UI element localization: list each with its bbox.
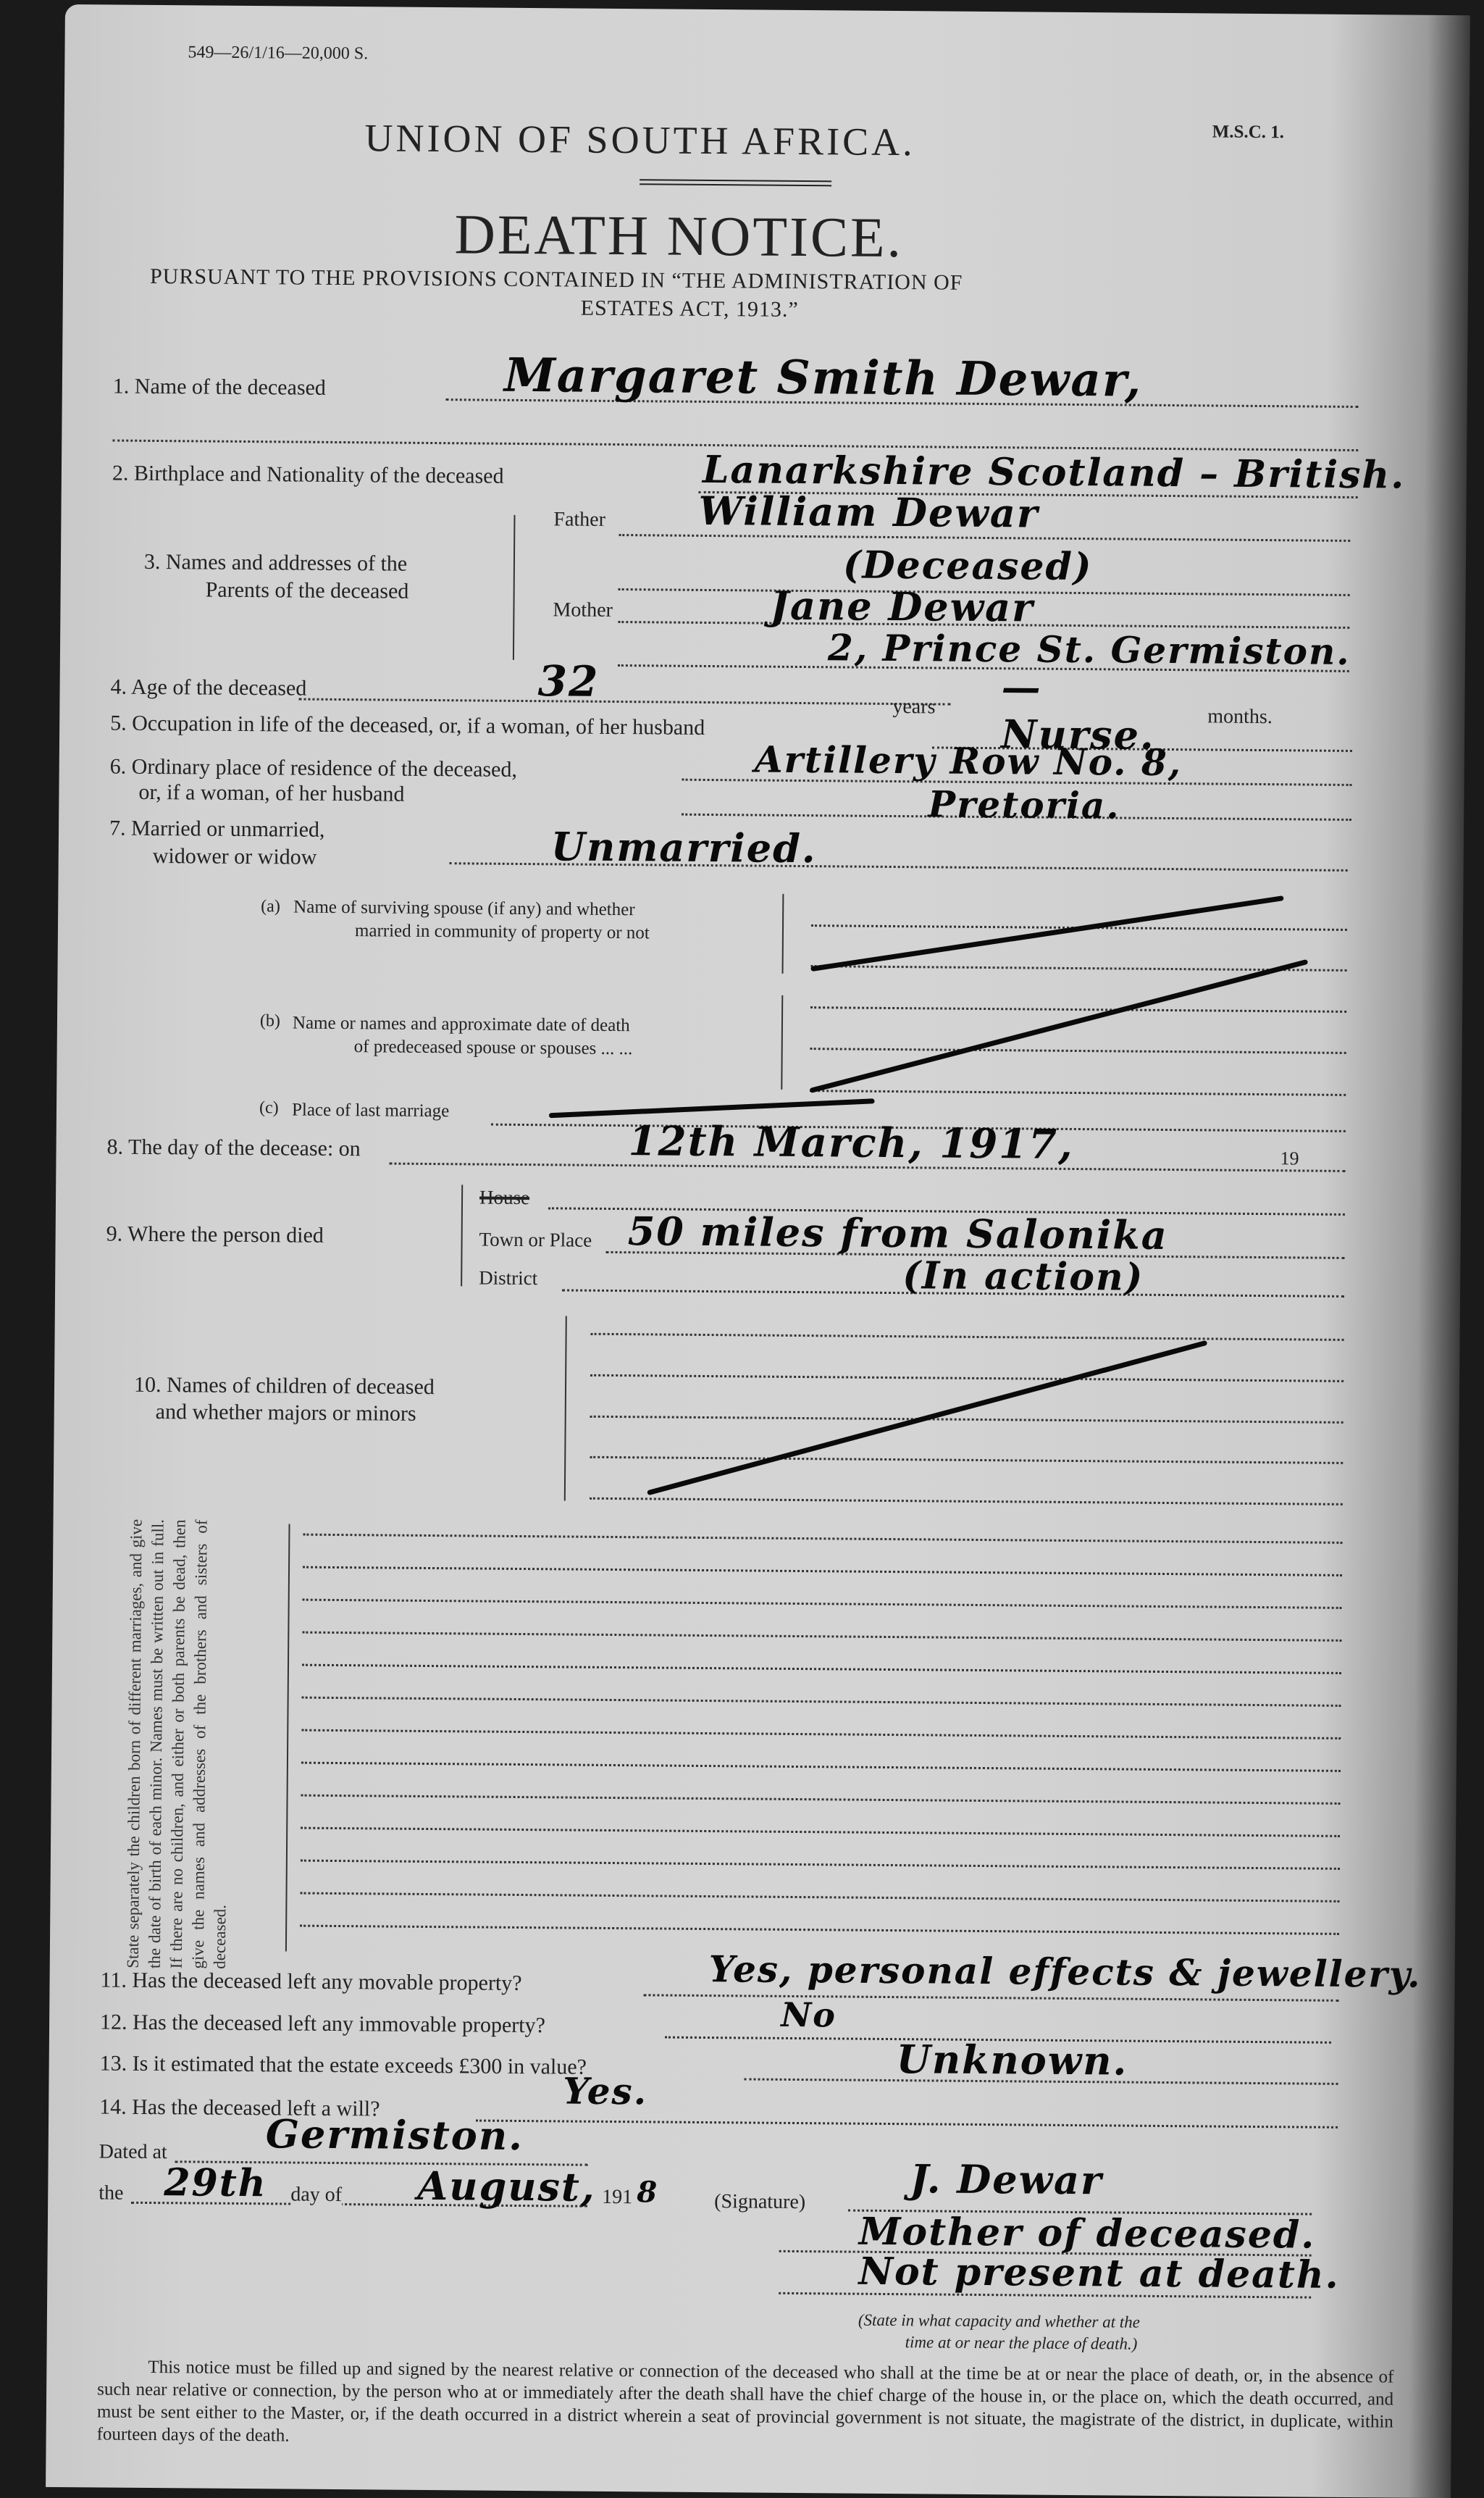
occupation-label: 5. Occupation in life of the deceased, o… [110,711,705,740]
dated-at-value[interactable]: Germiston. [266,2110,524,2159]
mother-value[interactable]: Jane Dewar [770,582,1034,631]
spouse-b-label-2: of predeceased spouse or spouses ... ... [354,1037,633,1059]
age-years-value[interactable]: 32 [537,656,599,706]
months-label: months. [1207,705,1273,729]
age-label: 4. Age of the deceased [110,675,306,701]
spouse-b-brace [781,995,783,1090]
marital-label-1: 7. Married or unmarried, [109,816,325,843]
extra-dotted-line [301,1827,1340,1837]
extra-dotted-line [301,1892,1340,1902]
spouse-a-strikeout [810,895,1284,972]
extra-dotted-lines [65,4,1470,15]
capacity-line-2[interactable]: Not present at death. [858,2250,1340,2297]
capacity-note-2: time at or near the place of death.) [905,2333,1138,2354]
district-value[interactable]: (In action) [902,1253,1144,1300]
marital-label-2: widower or widow [153,844,317,870]
age-dotted-line [298,698,950,706]
mother-label: Mother [553,598,613,622]
extra-dotted-line [302,1697,1341,1707]
extra-dotted-line [303,1534,1342,1544]
children-label-2: and whether majors or minors [156,1400,416,1426]
spouse-b-dotted-line-3 [810,1090,1346,1096]
spouse-b-dotted-line-1 [810,1006,1346,1013]
movable-label: 11. Has the deceased left any movable pr… [100,1968,521,1996]
years-label: years [892,695,935,719]
year-value[interactable]: 8 [637,2175,658,2209]
spouse-b-dotted-line-2 [810,1048,1346,1054]
district-label: District [479,1267,537,1290]
country-heading: UNION OF SOUTH AFRICA. [364,115,915,164]
footnote: This notice must be filled up and signed… [97,2355,1394,2455]
immovable-value[interactable]: No [781,1995,837,2035]
side-brace [285,1524,290,1951]
form-code: M.S.C. 1. [1212,122,1285,143]
parents-brace [513,515,516,660]
day-of-label: day of [290,2184,342,2207]
signature-value[interactable]: J. Dewar [910,2155,1103,2203]
extra-dotted-line [300,1925,1339,1935]
will-value[interactable]: Yes. [563,2069,647,2113]
residence-value-2[interactable]: Pretoria. [928,782,1120,827]
children-dotted-line-3 [590,1416,1343,1424]
title-rule [640,179,831,186]
children-brace [564,1316,567,1500]
spouse-b-label-1: Name or names and approximate date of de… [293,1014,630,1037]
children-dotted-line-5 [590,1497,1343,1505]
spouse-a-label-2: married in community of property or not [355,921,650,943]
parents-label-2: Parents of the deceased [206,578,409,604]
children-label-1: 10. Names of children of deceased [134,1373,435,1400]
spouse-c-marker: (c) [259,1098,279,1118]
year-prefix: 191 [602,2186,632,2209]
birthplace-label: 2. Birthplace and Nationality of the dec… [112,461,504,489]
residence-label-1: 6. Ordinary place of residence of the de… [110,755,517,782]
children-dotted-line-2 [590,1374,1343,1382]
date-of-death-label: 8. The day of the decease: on [106,1135,360,1162]
dated-at-label: Dated at [99,2140,167,2164]
page-title: DEATH NOTICE. [454,201,903,270]
spouse-a-label-1: Name of surviving spouse (if any) and wh… [293,898,635,921]
spouse-c-label: Place of last marriage [292,1100,449,1122]
the-label: the [98,2181,123,2205]
print-code: 549—26/1/16—20,000 S. [188,43,368,64]
extra-dotted-line [302,1664,1341,1674]
age-months-value[interactable]: — [1001,664,1042,710]
parents-label-1: 3. Names and addresses of the [144,550,407,577]
place-of-death-label: 9. Where the person died [106,1221,324,1248]
residence-value-1[interactable]: Artillery Row No. 8, [755,738,1183,785]
spouse-b-marker: (b) [260,1011,280,1031]
date-of-death-value[interactable]: 12th March, 1917, [628,1117,1073,1169]
town-value[interactable]: 50 miles from Salonika [627,1208,1168,1258]
extra-dotted-line [301,1860,1340,1870]
name-value[interactable]: Margaret Smith Dewar, [504,348,1143,408]
extra-dotted-line [302,1632,1341,1642]
spouse-b-strikeout [809,959,1308,1093]
subtitle-line-2: ESTATES ACT, 1913.” [581,296,799,322]
date-of-death-year-prefix: 19 [1280,1148,1299,1169]
signature-label: (Signature) [714,2190,805,2214]
spouse-a-brace [782,894,784,974]
spouse-c-strikeout [549,1098,875,1118]
side-instruction: State separately the children born of di… [122,1519,235,1969]
month-value[interactable]: August, [417,2163,596,2210]
father-note[interactable]: (Deceased) [843,543,1093,589]
place-of-death-brace [461,1185,463,1286]
house-label: House [479,1187,529,1210]
death-notice-form: 549—26/1/16—20,000 S. M.S.C. 1. UNION OF… [46,4,1470,2487]
residence-label-2: or, if a woman, of her husband [138,780,404,807]
extra-dotted-line [301,1795,1341,1805]
town-label: Town or Place [479,1229,592,1252]
movable-dotted-line [643,1994,1338,2002]
will-dotted-line [476,2120,1338,2129]
capacity-note-1: (State in what capacity and whether at t… [858,2311,1140,2332]
extra-dotted-line [303,1566,1342,1576]
children-dotted-line-4 [590,1456,1343,1464]
marital-value[interactable]: Unmarried. [551,823,817,872]
children-dotted-line-1 [591,1333,1344,1341]
mother-address[interactable]: 2, Prince St. Germiston. [828,626,1351,673]
extra-dotted-line [301,1762,1341,1772]
name-label: 1. Name of the deceased [113,375,326,401]
extra-dotted-line [303,1599,1342,1609]
father-label: Father [553,508,605,532]
spouse-a-marker: (a) [261,897,280,916]
estate-value-label: 13. Is it estimated that the estate exce… [100,2051,587,2079]
estate-value-value[interactable]: Unknown. [897,2036,1128,2084]
father-value[interactable]: William Dewar [698,488,1039,537]
immovable-label: 12. Has the deceased left any immovable … [100,2010,545,2038]
day-value[interactable]: 29th [164,2160,267,2205]
movable-value[interactable]: Yes, personal effects & jewellery. [708,1947,1421,1996]
extra-dotted-line [301,1729,1341,1739]
